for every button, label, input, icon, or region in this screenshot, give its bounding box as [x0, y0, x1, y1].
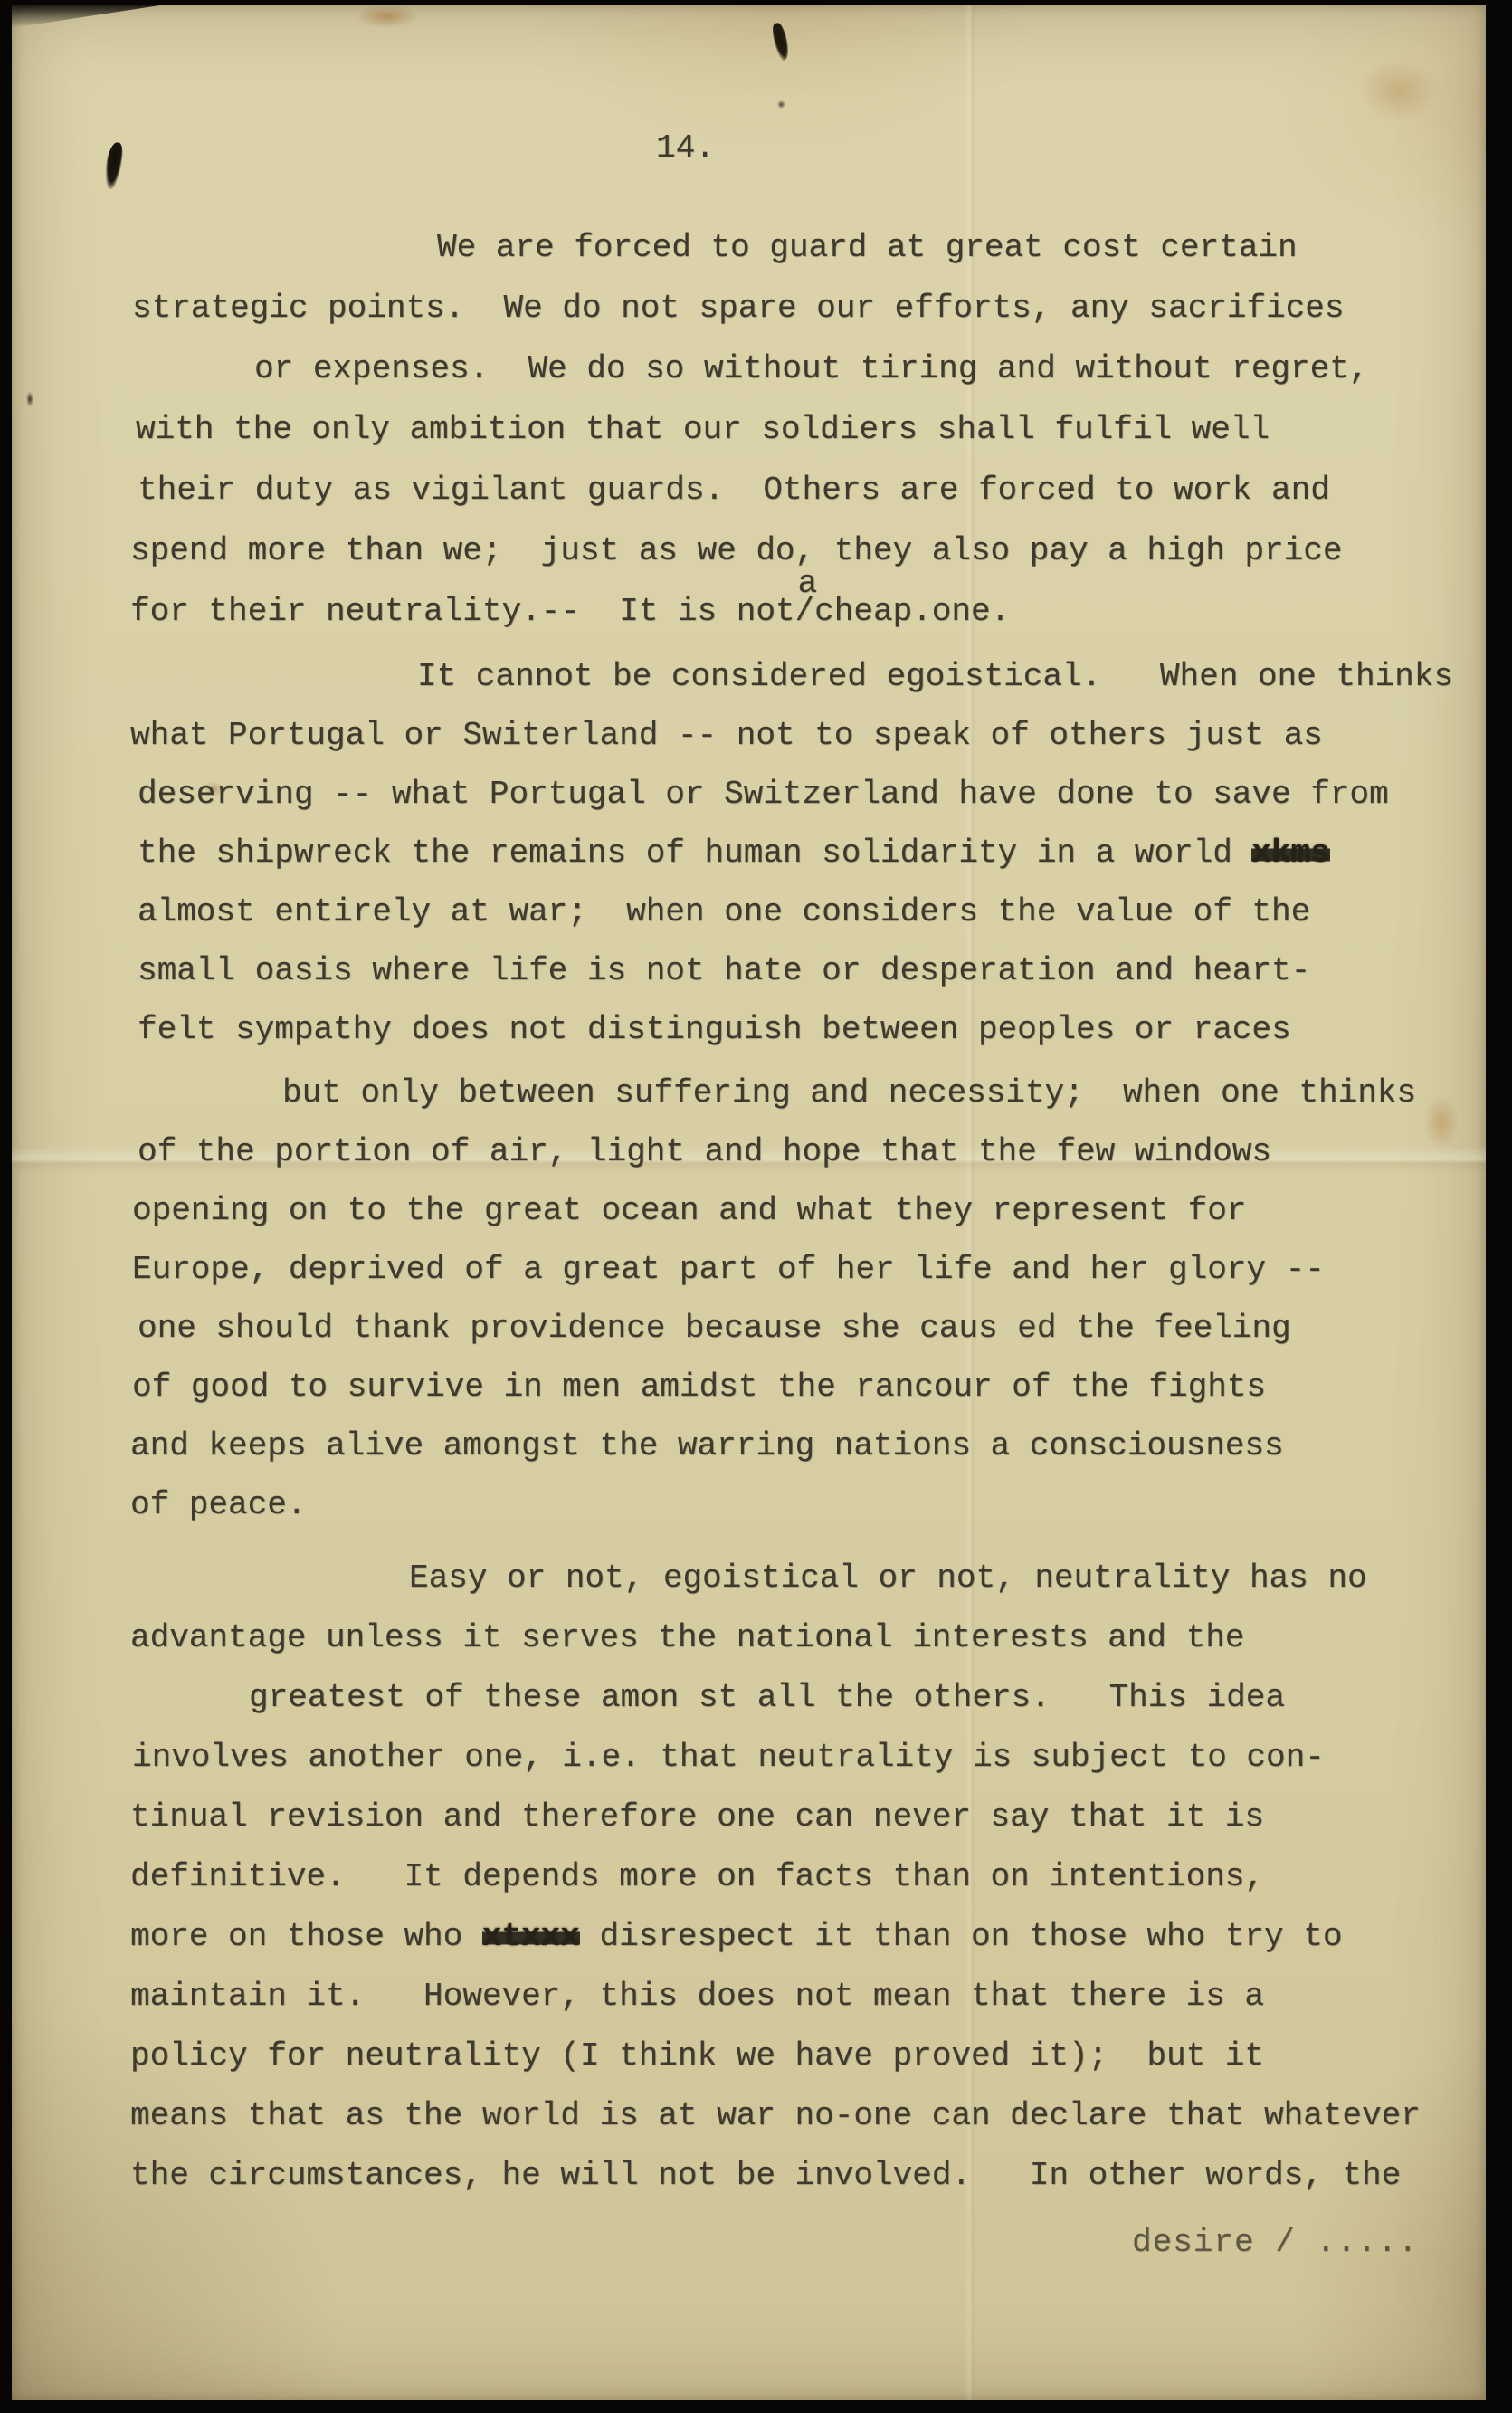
typed-line: of the portion of air, light and hope th… [130, 1133, 1486, 1192]
typed-text: advantage unless it serves the national … [130, 1619, 1244, 1656]
typed-text: of the portion of air, light and hope th… [138, 1133, 1271, 1170]
typed-line: tinual revision and therefore one can ne… [130, 1798, 1486, 1858]
typed-line: the circumstances, he will not be involv… [130, 2157, 1486, 2217]
typed-line: strategic points. We do not spare our ef… [130, 290, 1486, 350]
scanned-document-page: 14. We are forced to guard at great cost… [0, 0, 1512, 2413]
typed-line: opening on to the great ocean and what t… [130, 1192, 1486, 1251]
typed-text: policy for neutrality (I think we have p… [130, 2037, 1264, 2074]
typed-text: disrespect it than on those who try to [580, 1918, 1343, 1955]
typed-line: involves another one, i.e. that neutrali… [130, 1739, 1486, 1798]
typed-line: the shipwreck the remains of human solid… [130, 835, 1486, 893]
text-layer: We are forced to guard at great cost cer… [130, 5, 1486, 2400]
typed-text: deserving -- what Portugal or Switzerlan… [138, 776, 1389, 813]
overtyped-word: xtxxx [482, 1918, 580, 1955]
typed-text: Easy or not, egoistical or not, neutrali… [409, 1559, 1367, 1597]
typed-line: Europe, deprived of a great part of her … [130, 1251, 1486, 1310]
typed-text: but only between suffering and necessity… [282, 1074, 1416, 1111]
typed-line: of peace. [130, 1486, 1486, 1545]
paragraph-3: but only between suffering and necessity… [130, 1074, 1486, 1545]
typed-text: tinual revision and therefore one can ne… [130, 1798, 1264, 1836]
typed-text: with the only ambition that our soldiers… [136, 411, 1270, 448]
typed-line: for their neutrality.-- It is nota/cheap… [130, 593, 1486, 653]
typed-line: and keeps alive amongst the warring nati… [130, 1427, 1486, 1486]
typed-text: /cheap.one. [795, 593, 1011, 630]
typed-line: small oasis where life is not hate or de… [130, 952, 1486, 1011]
typed-text: maintain it. However, this does not mean… [130, 1978, 1264, 2015]
typed-line: maintain it. However, this does not mean… [130, 1978, 1486, 2037]
typed-text: opening on to the great ocean and what t… [132, 1192, 1246, 1229]
typed-text: We are forced to guard at great cost cer… [437, 229, 1298, 266]
ink-speck [26, 392, 33, 406]
typed-line: their duty as vigilant guards. Others ar… [130, 472, 1486, 532]
paragraph-4: Easy or not, egoistical or not, neutrali… [130, 1559, 1486, 2217]
typed-line: what Portugal or Switerland -- not to sp… [130, 717, 1486, 776]
typed-line: with the only ambition that our soldiers… [130, 411, 1486, 472]
ink-blot [102, 141, 124, 190]
typed-text: strategic points. We do not spare our ef… [132, 290, 1344, 327]
typed-text: spend more than we; just as we do, they … [130, 532, 1342, 569]
typed-line: means that as the world is at war no-one… [130, 2097, 1486, 2157]
typed-line: one should thank providence because she … [130, 1310, 1486, 1369]
catchword-continuation: desire / ..... [1132, 2224, 1418, 2261]
typed-text: more on those who [130, 1918, 482, 1955]
typed-line: felt sympathy does not distinguish betwe… [130, 1011, 1486, 1070]
typed-text: of peace. [130, 1486, 306, 1523]
typed-text: one should thank providence because she … [138, 1310, 1291, 1347]
typed-text: their duty as vigilant guards. Others ar… [138, 472, 1330, 509]
overtyped-word: xkms [1251, 835, 1329, 872]
typed-text: the shipwreck the remains of human solid… [138, 835, 1251, 872]
paragraph-1: We are forced to guard at great cost cer… [130, 229, 1486, 653]
typed-text: definitive. It depends more on facts tha… [130, 1858, 1264, 1895]
typed-text: means that as the world is at war no-one… [130, 2097, 1421, 2134]
typed-line: almost entirely at war; when one conside… [130, 893, 1486, 952]
typed-text: almost entirely at war; when one conside… [138, 893, 1310, 930]
typed-text: what Portugal or Switerland -- not to sp… [130, 717, 1323, 754]
typed-line: advantage unless it serves the national … [130, 1619, 1486, 1679]
typed-text: for their neutrality.-- It is not [130, 593, 795, 630]
typed-text: greatest of these amon st all the others… [249, 1679, 1285, 1716]
typed-line: definitive. It depends more on facts tha… [130, 1858, 1486, 1918]
typed-line: greatest of these amon st all the others… [130, 1679, 1486, 1739]
typed-text: Europe, deprived of a great part of her … [132, 1251, 1325, 1288]
typed-line: of good to survive in men amidst the ran… [130, 1369, 1486, 1427]
typed-line: or expenses. We do so without tiring and… [130, 350, 1486, 411]
typed-text: involves another one, i.e. that neutrali… [132, 1739, 1325, 1776]
typed-line: but only between suffering and necessity… [130, 1074, 1486, 1133]
typed-text: felt sympathy does not distinguish betwe… [138, 1011, 1291, 1048]
typed-line: policy for neutrality (I think we have p… [130, 2037, 1486, 2097]
typed-text: or expenses. We do so without tiring and… [254, 350, 1368, 387]
typed-line: Easy or not, egoistical or not, neutrali… [130, 1559, 1486, 1619]
typed-text: of good to survive in men amidst the ran… [132, 1369, 1266, 1406]
paragraph-2: It cannot be considered egoistical. When… [130, 658, 1486, 1070]
typed-text: It cannot be considered egoistical. When… [417, 658, 1453, 695]
typed-line: deserving -- what Portugal or Switzerlan… [130, 776, 1486, 835]
typed-text: the circumstances, he will not be involv… [130, 2157, 1401, 2194]
paper-sheet: 14. We are forced to guard at great cost… [12, 5, 1486, 2400]
typed-line: more on those who xtxxx disrespect it th… [130, 1918, 1486, 1978]
typed-text: and keeps alive amongst the warring nati… [130, 1427, 1284, 1464]
typed-text: small oasis where life is not hate or de… [138, 952, 1310, 989]
typed-line: It cannot be considered egoistical. When… [130, 658, 1486, 717]
typed-line: We are forced to guard at great cost cer… [130, 229, 1486, 290]
